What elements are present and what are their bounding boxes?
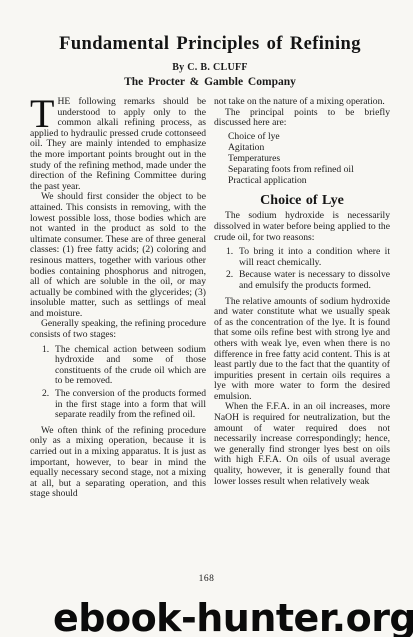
topic-item: Practical application [228, 175, 390, 186]
page-title: Fundamental Principles of Refining [30, 34, 390, 55]
numbered-item: 1. To bring it into a condition where it… [214, 247, 390, 268]
item-text: The chemical action between sodium hydro… [55, 345, 206, 387]
numbered-item: 2. Because water is necessary to dissolv… [214, 270, 390, 291]
paragraph: Generally speaking, the refining procedu… [30, 319, 206, 340]
numbered-item: 2. The conversion of the products formed… [30, 389, 206, 421]
item-text: To bring it into a condition where it wi… [239, 247, 390, 268]
document-page: Fundamental Principles of Refining By C.… [0, 0, 413, 637]
left-column: THE following remarks should be understo… [30, 97, 206, 500]
paragraph: The relative amounts of sodium hydroxide… [214, 297, 390, 403]
numbered-item: 1. The chemical action between sodium hy… [30, 345, 206, 387]
paragraph: The principal points to be briefly discu… [214, 108, 390, 129]
right-column: not take on the nature of a mixing opera… [214, 97, 390, 500]
paragraph: When the F.F.A. in an oil increases, mor… [214, 402, 390, 487]
numbered-list-reasons: 1. To bring it into a condition where it… [214, 247, 390, 291]
topic-item: Choice of lye [228, 131, 390, 142]
paragraph: We often think of the refining procedure… [30, 426, 206, 500]
page-number: 168 [0, 574, 413, 584]
watermark-text: ebook-hunter.org [53, 599, 413, 637]
paragraph-continuation: not take on the nature of a mixing opera… [214, 97, 390, 108]
numbered-list-stages: 1. The chemical action between sodium hy… [30, 345, 206, 421]
section-heading-choice-of-lye: Choice of Lye [214, 196, 390, 207]
item-text: The conversion of the products formed in… [55, 389, 206, 421]
item-number: 1. [42, 345, 55, 387]
drop-cap: T [30, 97, 57, 128]
item-text: Because water is necessary to dissolve a… [239, 270, 390, 291]
byline: By C. B. CLUFF [30, 62, 390, 73]
topic-item: Separating foots from refined oil [228, 164, 390, 175]
company-line: The Procter & Gamble Company [30, 76, 390, 88]
paragraph-intro: THE following remarks should be understo… [30, 97, 206, 192]
item-number: 2. [226, 270, 239, 291]
topic-item: Temperatures [228, 153, 390, 164]
topics-list: Choice of lye Agitation Temperatures Sep… [214, 131, 390, 186]
item-number: 2. [42, 389, 55, 421]
paragraph: We should first consider the object to b… [30, 192, 206, 319]
two-column-body: THE following remarks should be understo… [30, 97, 390, 500]
item-number: 1. [226, 247, 239, 268]
topic-item: Agitation [228, 142, 390, 153]
paragraph: The sodium hydroxide is necessarily diss… [214, 211, 390, 243]
